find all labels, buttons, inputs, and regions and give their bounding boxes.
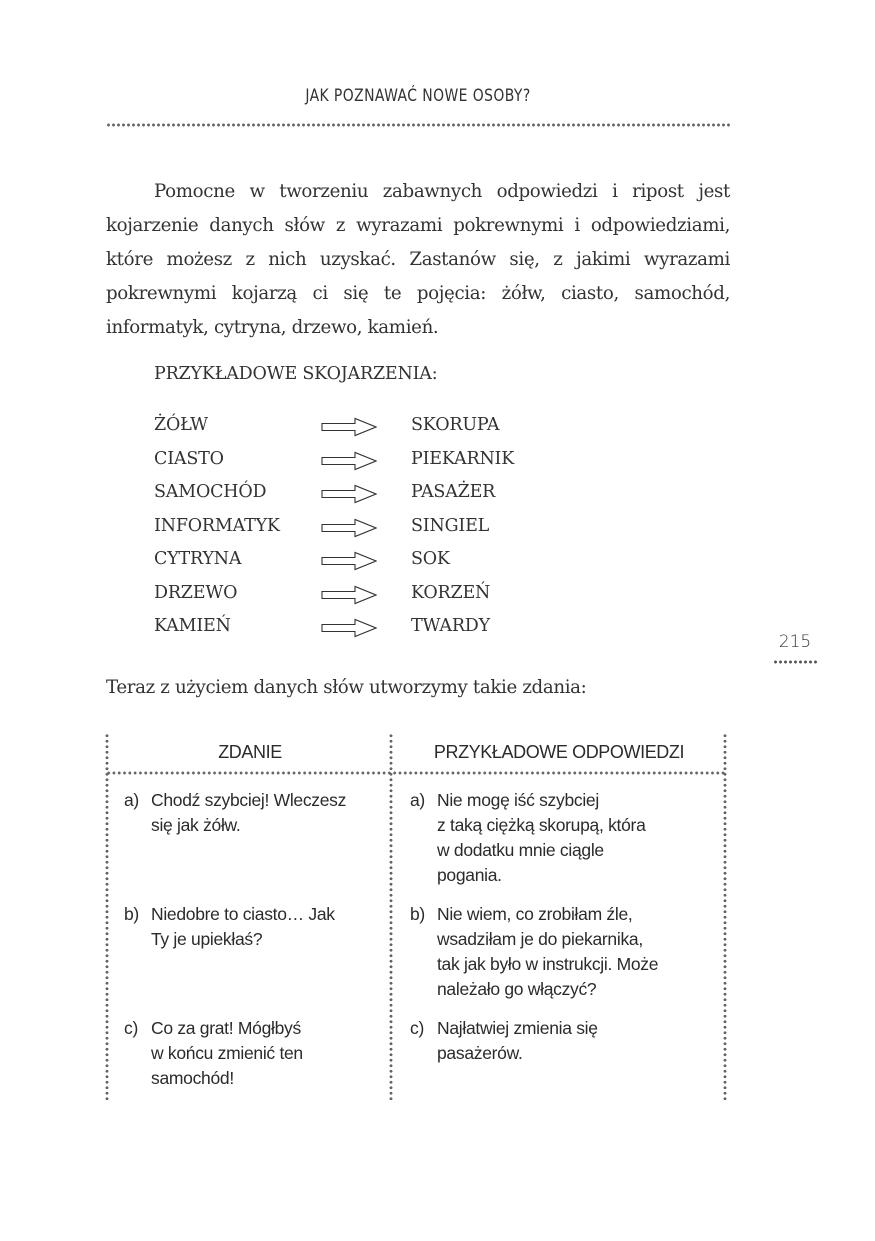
- association-row: SAMOCHÓDPASAŻER: [154, 476, 574, 510]
- table-border-right: [723, 733, 727, 1100]
- association-row: KAMIEŃTWARDY: [154, 610, 574, 644]
- association-row: DRZEWOKORZEŃ: [154, 577, 574, 611]
- association-word: KAMIEŃ: [154, 610, 231, 644]
- right-arrow-icon: [321, 617, 377, 637]
- answer-text: Najłatwiej zmienia się pasażerów.: [437, 1016, 598, 1066]
- table-header-sentence: ZDANIE: [109, 737, 391, 767]
- association-target: KORZEŃ: [411, 577, 490, 611]
- right-arrow-icon: [321, 416, 377, 436]
- table-column-divider: [389, 733, 393, 1100]
- row-marker: c): [410, 1016, 424, 1041]
- sentences-table: ZDANIE PRZYKŁADOWE ODPOWIEDZI a) Chodź s…: [106, 733, 726, 1100]
- association-target: PASAŻER: [411, 476, 495, 510]
- row-marker: b): [124, 902, 139, 927]
- page-number-dotted-rule: [773, 660, 818, 664]
- book-page: JAK POZNAWAĆ NOWE OSOBY? Pomocne w tworz…: [0, 0, 875, 1241]
- association-target: SKORUPA: [411, 409, 499, 443]
- intro-paragraph: Pomocne w tworzeniu zabawnych odpowiedzi…: [106, 175, 730, 345]
- association-target: TWARDY: [411, 610, 490, 644]
- association-target: PIEKARNIK: [411, 443, 514, 477]
- right-arrow-icon: [321, 450, 377, 470]
- association-word: CYTRYNA: [154, 543, 241, 577]
- association-row: INFORMATYKSINGIEL: [154, 510, 574, 544]
- table-border-left: [105, 733, 109, 1100]
- association-row: CYTRYNASOK: [154, 543, 574, 577]
- answer-text: Nie wiem, co zrobiłam źle, wsadziłam je …: [437, 902, 658, 1002]
- associations-list: ŻÓŁWSKORUPACIASTOPIEKARNIKSAMOCHÓDPASAŻE…: [154, 409, 574, 644]
- row-marker: a): [124, 788, 139, 813]
- association-target: SINGIEL: [411, 510, 489, 544]
- association-word: CIASTO: [154, 443, 224, 477]
- association-word: INFORMATYK: [154, 510, 280, 544]
- row-marker: b): [410, 902, 425, 927]
- answer-text: Nie mogę iść szybciej z taką ciężką skor…: [437, 788, 646, 888]
- association-word: ŻÓŁW: [154, 409, 208, 443]
- association-word: DRZEWO: [154, 577, 237, 611]
- right-arrow-icon: [321, 550, 377, 570]
- association-word: SAMOCHÓD: [154, 476, 266, 510]
- associations-title: PRZYKŁADOWE SKOJARZENIA:: [154, 364, 437, 384]
- page-number: 215: [772, 632, 818, 652]
- running-header-title: JAK POZNAWAĆ NOWE OSOBY?: [162, 86, 674, 106]
- right-arrow-icon: [321, 483, 377, 503]
- sentence-text: Niedobre to ciasto… Jak Ty je upiekłaś?: [151, 902, 335, 952]
- association-row: CIASTOPIEKARNIK: [154, 443, 574, 477]
- association-row: ŻÓŁWSKORUPA: [154, 409, 574, 443]
- sentences-intro: Teraz z użyciem danych słów utworzymy ta…: [106, 677, 586, 698]
- association-target: SOK: [411, 543, 450, 577]
- table-header-rule: [106, 771, 726, 775]
- header-dotted-rule: [106, 123, 730, 127]
- sentence-text: Chodź szybciej! Wleczesz się jak żółw.: [151, 788, 346, 838]
- table-header-answers: PRZYKŁADOWE ODPOWIEDZI: [393, 737, 725, 767]
- right-arrow-icon: [321, 517, 377, 537]
- row-marker: a): [410, 788, 425, 813]
- row-marker: c): [124, 1016, 138, 1041]
- sentence-text: Co za grat! Mógłbyś w końcu zmienić ten …: [151, 1016, 303, 1091]
- right-arrow-icon: [321, 584, 377, 604]
